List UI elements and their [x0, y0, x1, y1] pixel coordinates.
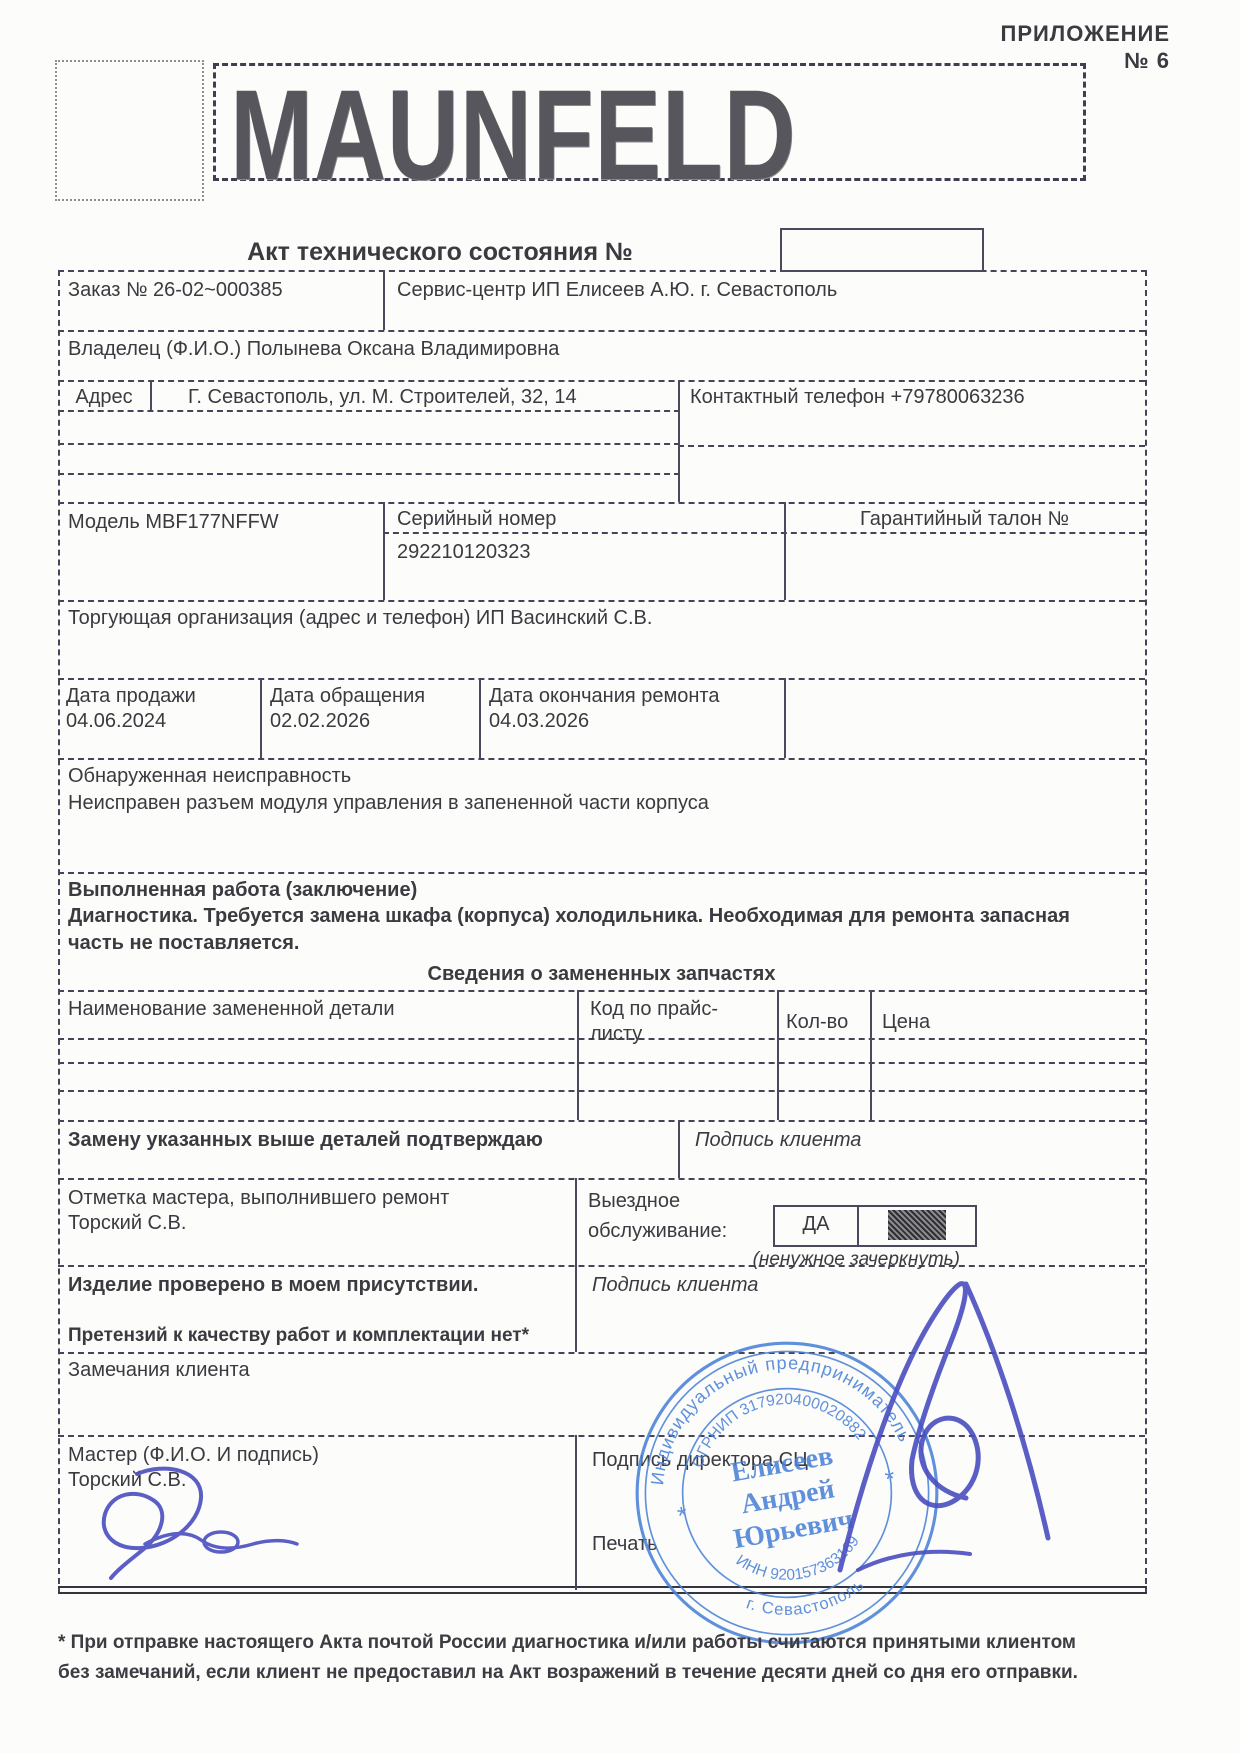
rule: [678, 1120, 680, 1178]
no-claims-text: Претензий к качеству работ и комплектаци…: [68, 1324, 529, 1348]
sale-date-label: Дата продажи: [66, 684, 196, 709]
request-date-label: Дата обращения: [270, 684, 425, 709]
rule: [777, 990, 779, 1120]
crossed-out-block: [888, 1210, 946, 1240]
repair-end-date-label: Дата окончания ремонта: [489, 684, 719, 709]
warranty-card-label: Гарантийный талон №: [784, 507, 1145, 532]
serial-number-label: Серийный номер: [397, 507, 556, 532]
rule: [479, 678, 481, 758]
seller-organization: Торгующая организация (адрес и телефон) …: [68, 606, 652, 631]
replace-confirm-text: Замену указанных выше деталей подтвержда…: [68, 1128, 543, 1153]
rule: [58, 1120, 1145, 1122]
sale-date-value: 04.06.2024: [66, 709, 166, 734]
rule: [678, 445, 1145, 447]
director-handwritten-signature: [800, 1270, 1080, 1590]
rule: [678, 380, 680, 502]
work-text: Диагностика. Требуется замена шкафа (кор…: [68, 903, 1128, 957]
footer-note: * При отправке настоящего Акта почтой Ро…: [58, 1628, 1078, 1689]
rule: [58, 1265, 1145, 1267]
stamp-star-left: *: [676, 1502, 691, 1530]
serial-number-value: 292210120323: [397, 540, 530, 565]
client-signature-label-1: Подпись клиента: [695, 1128, 861, 1153]
rule: [58, 990, 1145, 992]
parts-col-code: Код по прайс-листу: [590, 997, 760, 1047]
rule: [58, 502, 1145, 504]
rule: [383, 502, 385, 600]
rule: [575, 1435, 577, 1590]
rule: [575, 1178, 577, 1352]
parts-col-name: Наименование замененной детали: [68, 997, 395, 1022]
rule: [58, 330, 1145, 332]
fault-text: Неисправен разъем модуля управления в за…: [68, 791, 709, 816]
rule: [58, 443, 680, 445]
master-note-name: Торский С.В.: [68, 1211, 186, 1236]
appendix-line1: ПРИЛОЖЕНИЕ: [930, 20, 1170, 47]
rule: [150, 380, 152, 410]
brand-logo-text: MAUNFELD: [230, 62, 796, 209]
owner-name: Владелец (Ф.И.О.) Полынева Оксана Владим…: [68, 337, 559, 362]
rule: [58, 380, 1145, 382]
request-date-value: 02.02.2026: [270, 709, 370, 734]
client-signature-label-2: Подпись клиента: [592, 1273, 758, 1298]
rule: [383, 270, 385, 330]
work-label: Выполненная работа (заключение): [68, 878, 417, 903]
parts-table-title: Сведения о замененных запчастях: [58, 962, 1145, 987]
rule: [58, 758, 1145, 760]
empty-corner-box: [55, 60, 204, 201]
master-handwritten-signature: [75, 1460, 305, 1590]
model: Модель MBF177NFFW: [68, 510, 279, 535]
rule: [58, 1090, 1145, 1092]
onsite-no-cell: [859, 1207, 975, 1245]
rule: [58, 872, 1145, 874]
service-center: Сервис-центр ИП Елисеев А.Ю. г. Севастоп…: [397, 278, 837, 303]
rule: [383, 532, 1145, 534]
rule: [260, 678, 262, 758]
rule: [58, 600, 1145, 602]
act-number-box: [780, 228, 984, 272]
onsite-yes-cell: ДА: [775, 1207, 859, 1245]
parts-col-qty: Кол-во: [786, 1010, 848, 1035]
brand-logo-box: MAUNFELD: [213, 63, 1086, 181]
client-remarks-label: Замечания клиента: [68, 1358, 250, 1383]
master-note-label: Отметка мастера, выполнившего ремонт: [68, 1186, 449, 1211]
scanned-service-act-page: ПРИЛОЖЕНИЕ № 6 MAUNFELD Акт технического…: [0, 0, 1240, 1753]
rule: [577, 990, 579, 1120]
strike-note: (ненужное зачеркнуть): [660, 1248, 960, 1272]
rule: [58, 678, 1145, 680]
repair-end-date-value: 04.03.2026: [489, 709, 589, 734]
rule: [58, 473, 680, 475]
onsite-yes-box: ДА: [773, 1205, 977, 1247]
rule: [58, 1062, 1145, 1064]
address-value: Г. Севастополь, ул. М. Строителей, 32, 1…: [188, 385, 577, 410]
fault-label: Обнаруженная неисправность: [68, 764, 351, 789]
order-number: Заказ № 26-02~000385: [68, 278, 283, 303]
checked-in-presence-text: Изделие проверено в моем присутствии.: [68, 1273, 478, 1298]
rule: [784, 678, 786, 758]
onsite-service-label: Выездное обслуживание:: [588, 1186, 763, 1246]
document-title: Акт технического состояния №: [160, 238, 720, 267]
contact-phone: Контактный телефон +79780063236: [690, 385, 1025, 410]
rule: [870, 990, 872, 1120]
rule: [58, 410, 680, 412]
parts-col-price: Цена: [882, 1010, 930, 1035]
rule: [58, 1178, 1145, 1180]
address-label: Адрес: [58, 385, 150, 410]
